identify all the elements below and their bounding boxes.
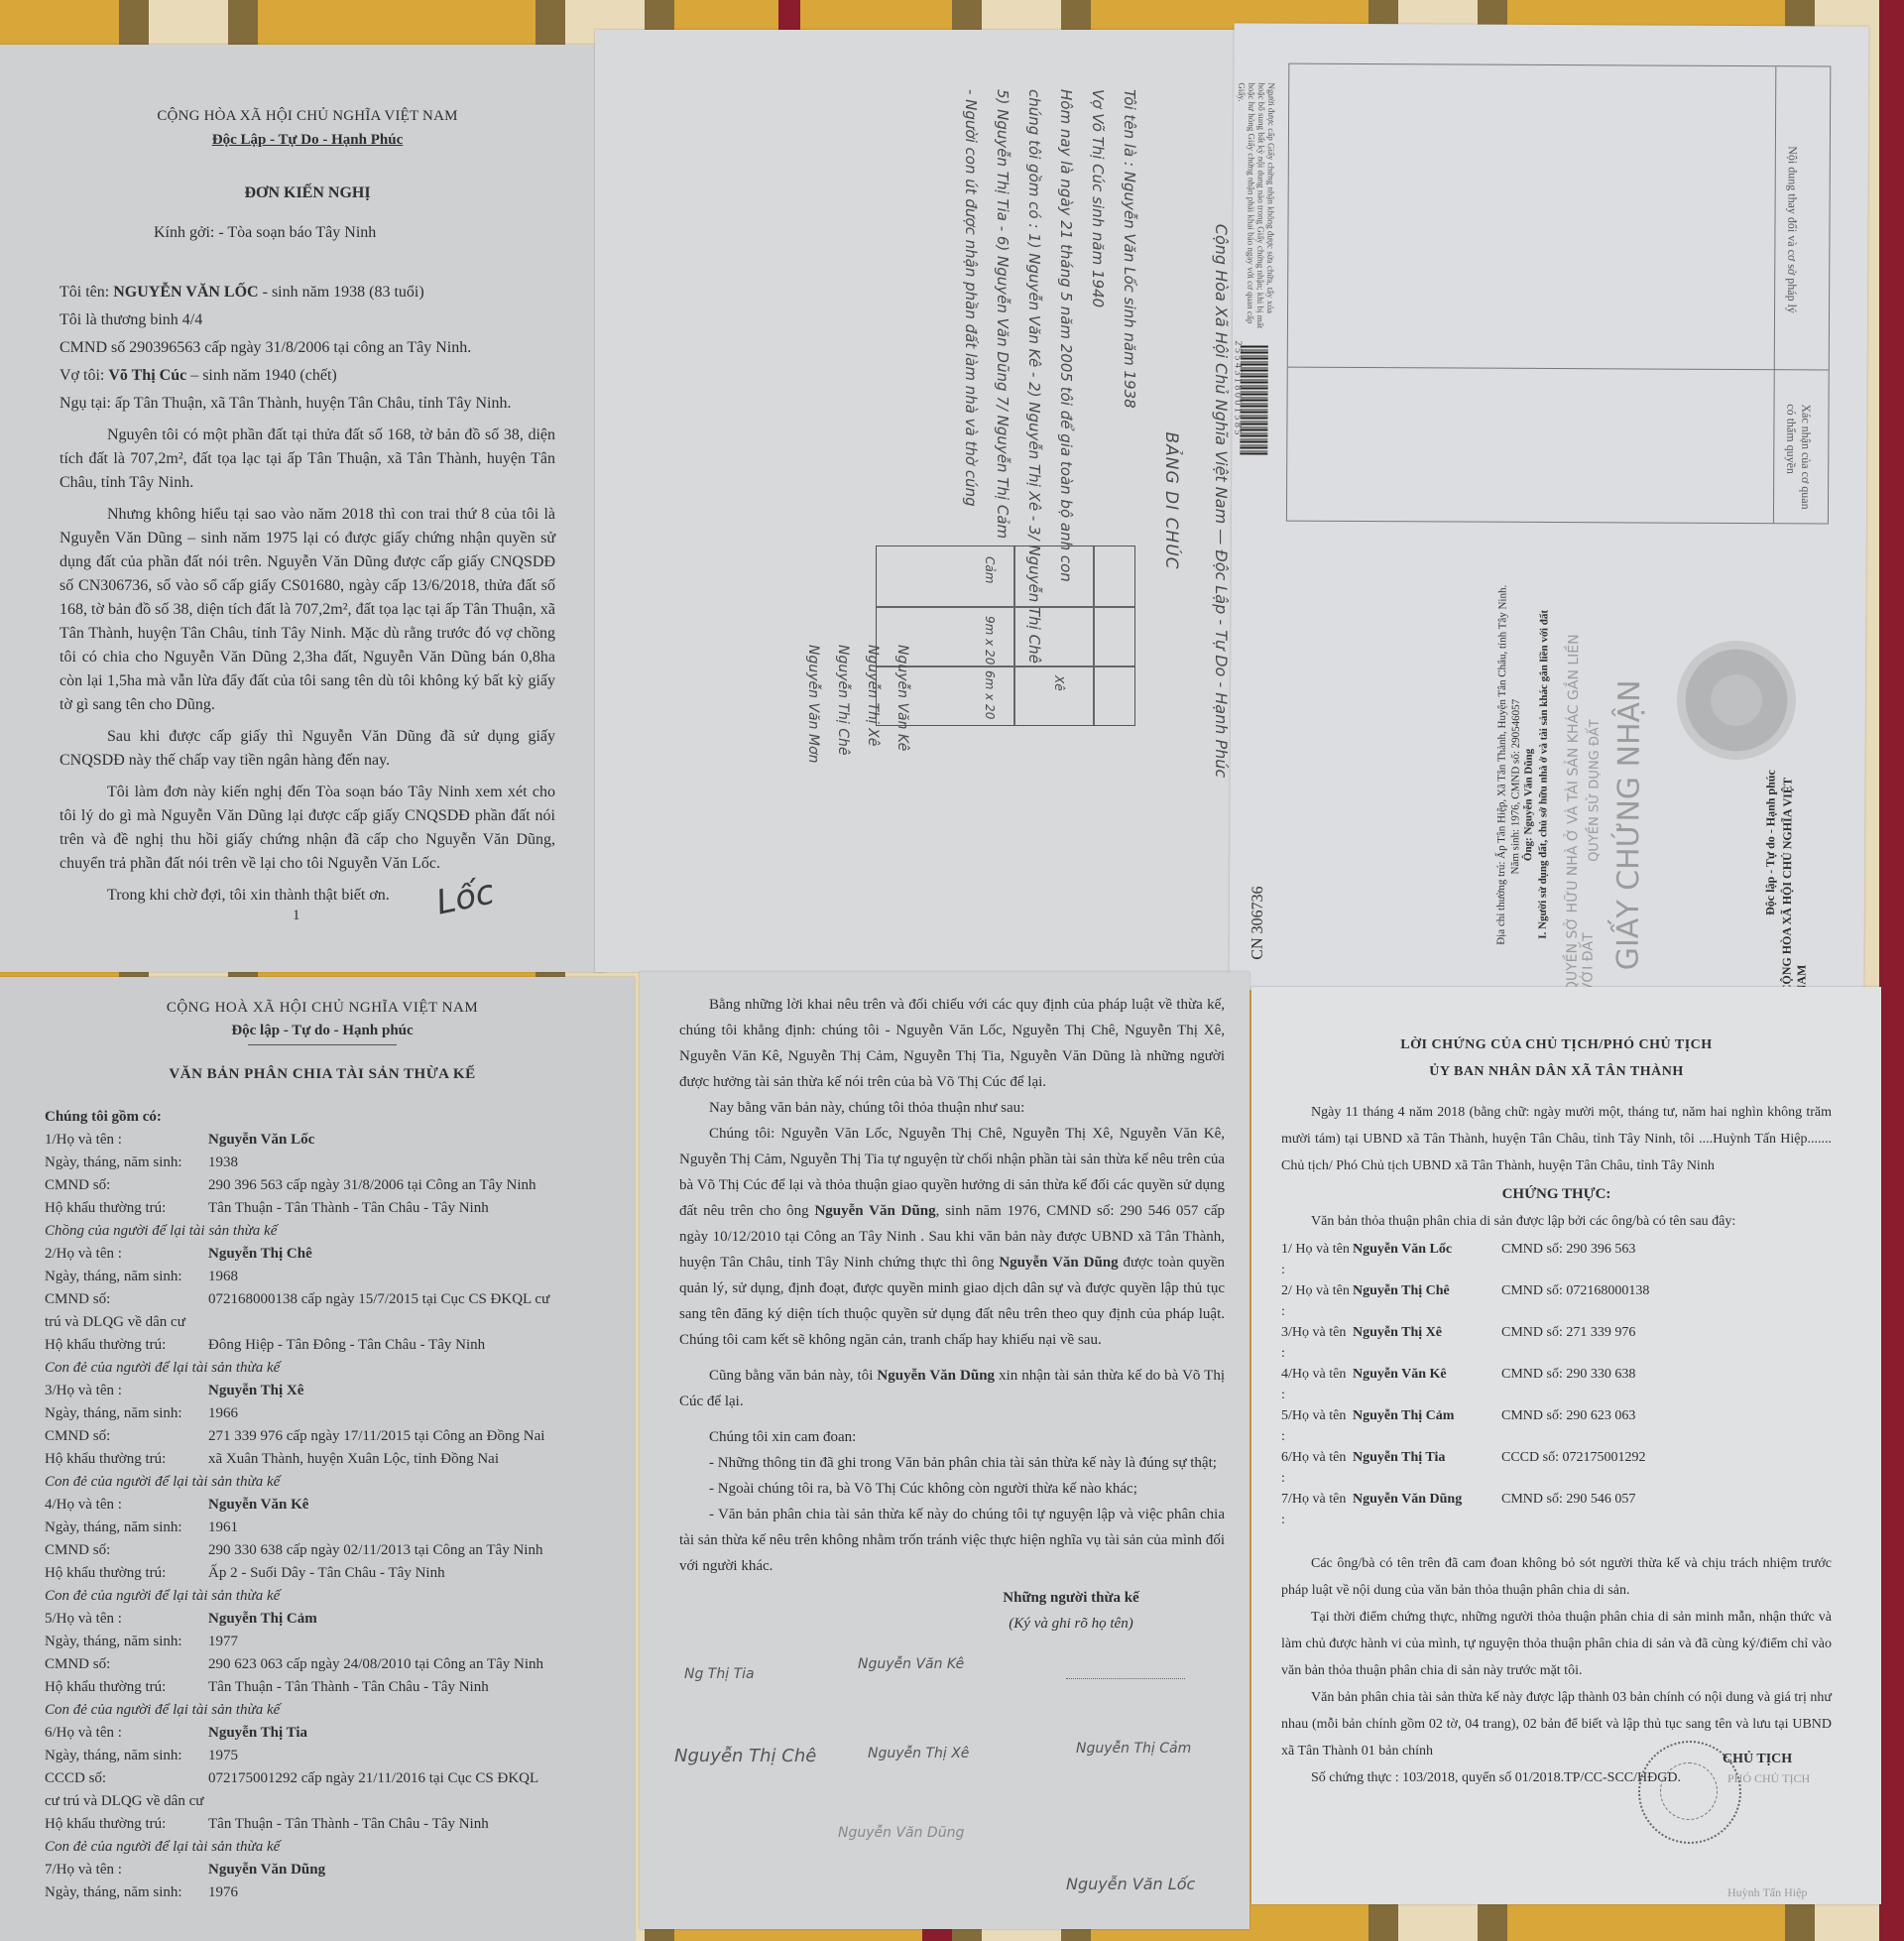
column-header: Xác nhận của cơ quan có thẩm quyền <box>1783 404 1814 523</box>
person-name-row: 6/Họ và tên :Nguyễn Thị Tia <box>45 1722 600 1745</box>
country-header: CỘNG HÒA XÃ HỘI CHỦ NGHĨA VIỆT NAM <box>59 104 555 128</box>
national-emblem-icon <box>1677 641 1797 761</box>
committee-title: ỦY BAN NHÂN DÂN XÃ TÂN THÀNH <box>1281 1058 1832 1085</box>
paragraph: Các ông/bà có tên trên đã cam đoan không… <box>1281 1550 1832 1604</box>
relation-note: Con đẻ của người để lại tài sản thừa kế <box>45 1836 600 1859</box>
field-row: Hộ khẩu thường trú:Ấp 2 - Suối Dây - Tân… <box>45 1562 600 1585</box>
handwritten-name: Nguyễn Văn Kê <box>858 1656 964 1672</box>
heirs-title: Những người thừa kế <box>917 1585 1225 1611</box>
person-name: Nguyễn Văn Dũng <box>208 1859 600 1881</box>
page-number: 1 <box>293 908 300 924</box>
handwritten-name: Nguyễn Văn Lốc <box>1066 1875 1195 1893</box>
id-line: CMND số 290396563 cấp ngày 31/8/2006 tại… <box>59 336 555 360</box>
cert-title: GIẤY CHỨNG NHẬN <box>1611 679 1648 970</box>
field-row: Hộ khẩu thường trú:Đông Hiệp - Tân Đông … <box>45 1334 600 1357</box>
certified-person-row: 7/Họ và tên :Nguyễn Văn DũngCMND số: 290… <box>1281 1489 1832 1530</box>
will-line: chúng tôi gồm có : 1) Nguyễn Văn Kê - 2)… <box>1018 89 1050 922</box>
residence-line: Ngụ tại: ấp Tân Thuận, xã Tân Thành, huy… <box>59 392 555 416</box>
field-row: Ngày, tháng, năm sinh:1975 <box>45 1745 600 1767</box>
relation-note: Con đẻ của người để lại tài sản thừa kế <box>45 1471 600 1494</box>
will-line: - Người con út được nhận phần đất làm nh… <box>955 89 987 922</box>
relation-note: Con đẻ của người để lại tài sản thừa kế <box>45 1585 600 1608</box>
field-row: Ngày, tháng, năm sinh:1961 <box>45 1516 600 1539</box>
field-row: CCCD số:072175001292 cấp ngày 21/11/2016… <box>45 1767 600 1790</box>
will-line: Tôi tên là : Nguyễn Văn Lốc sinh năm 193… <box>1114 89 1145 922</box>
handwritten-name: Nguyễn Thị Cảm <box>1076 1741 1191 1757</box>
paragraph: Chúng tôi: Nguyễn Văn Lốc, Nguyễn Thị Ch… <box>679 1121 1225 1353</box>
barcode-number: 2 5 5 4 3 1 8 0 0 1 5 8 5 <box>1232 340 1243 434</box>
person-name-row: 1/Họ và tên :Nguyễn Văn Lốc <box>45 1129 600 1152</box>
paragraph: Tại thời điểm chứng thực, những người th… <box>1281 1604 1832 1684</box>
field-row: CMND số:07216800013​8 cấp ngày 15/7/2015… <box>45 1288 600 1311</box>
field-row: CMND số:290 623 063 cấp ngày 24/08/2010 … <box>45 1653 600 1676</box>
cert-owner-detail: Năm sinh: 1976, CMND số: 290546057 <box>1509 699 1522 875</box>
heirs-subtitle: (Ký và ghi rõ họ tên) <box>917 1611 1225 1637</box>
paragraph: Tôi làm đơn này kiến nghị đến Tòa soạn b… <box>59 781 555 876</box>
addressee: Kính gởi: - Tòa soạn báo Tây Ninh <box>154 221 555 245</box>
paragraph: Bằng những lời khai nêu trên và đối chiế… <box>679 992 1225 1095</box>
person-name: Nguyễn Thị Cảm <box>208 1608 600 1631</box>
certified-person-row: 6/Họ và tên :Nguyễn Thị TiaCCCD số: 0721… <box>1281 1447 1832 1489</box>
bullet: - Văn bản phân chia tài sản thừa kế này … <box>679 1502 1225 1579</box>
field-row: Ngày, tháng, năm sinh:1976 <box>45 1881 600 1904</box>
cert-serial: CN 306736 <box>1249 886 1267 959</box>
relation-note: Con đẻ của người để lại tài sản thừa kế <box>45 1357 600 1380</box>
will-line: Vợ Võ Thị Cúc sinh năm 1940 <box>1082 89 1114 922</box>
bullet: - Ngoài chúng tôi ra, bà Võ Thị Cúc khôn… <box>679 1476 1225 1502</box>
motto-header: Độc lập - Tự do - Hạnh phúc <box>45 1020 600 1042</box>
cert-country: CỘNG HÒA XÃ HỘI CHỦ NGHĨA VIỆT NAM <box>1779 760 1810 993</box>
motto-header: Độc Lập - Tự Do - Hạnh Phúc <box>59 128 555 152</box>
person-name-row: 2/Họ và tên :Nguyễn Thị Chê <box>45 1243 600 1266</box>
person-name: Nguyễn Thị Xê <box>208 1380 600 1402</box>
person-name: Nguyễn Văn Lốc <box>208 1129 600 1152</box>
field-row: Hộ khẩu thường trú:Tân Thuận - Tân Thành… <box>45 1676 600 1699</box>
cert-heading: CHỨNG THỰC: <box>1281 1181 1832 1208</box>
field-row: Hộ khẩu thường trú:Tân Thuận - Tân Thành… <box>45 1813 600 1836</box>
person-name: Nguyễn Thị Tia <box>208 1722 600 1745</box>
signer-name: Huỳnh Tấn Hiệp <box>1727 1880 1807 1904</box>
paragraph: Nguyên tôi có một phần đất tại thửa đất … <box>59 424 555 495</box>
column-header: Nội dung thay đổi và cơ sở pháp lý <box>1784 146 1800 313</box>
certification-title: LỜI CHỨNG CỦA CHỦ TỊCH/PHÓ CHỦ TỊCH <box>1281 1031 1832 1058</box>
field-row: Ngày, tháng, năm sinh:1938 <box>45 1152 600 1174</box>
tablecloth-red-stripe <box>922 1929 952 1941</box>
petition-letter-page: CỘNG HÒA XÃ HỘI CHỦ NGHĨA VIỆT NAM Độc L… <box>0 45 605 972</box>
handwritten-will-page: Cộng Hòa Xã Hội Chủ Nghĩa Việt Nam — Độc… <box>595 30 1245 972</box>
field-row: Hộ khẩu thường trú:Tân Thuận - Tân Thành… <box>45 1197 600 1220</box>
handwritten-name: Nguyễn Thị Xê <box>868 1746 969 1761</box>
paragraph: Sau khi được cấp giấy thì Nguyễn Văn Dũn… <box>59 725 555 773</box>
intro-line: Chúng tôi gồm có: <box>45 1106 600 1129</box>
field-row: Ngày, tháng, năm sinh:1966 <box>45 1402 600 1425</box>
petitioner-line: Tôi tên: NGUYỄN VĂN LỐC - sinh năm 1938 … <box>59 281 555 304</box>
handwritten-name: Nguyễn Thị Chê <box>674 1746 816 1766</box>
person-name: Nguyễn Thị Chê <box>208 1243 600 1266</box>
certified-person-row: 1/ Họ và tên :Nguyễn Văn LốcCMND số: 290… <box>1281 1239 1832 1280</box>
cert-section: I. Người sử dụng đất, chủ sở hữu nhà ở v… <box>1537 610 1551 939</box>
changes-table: Nội dung thay đổi và cơ sở pháp lý Xác n… <box>1286 63 1831 525</box>
document-title: VĂN BẢN PHÂN CHIA TÀI SẢN THỪA KẾ <box>45 1063 600 1086</box>
relation-note: Chồng của người để lại tài sản thừa kế <box>45 1220 600 1243</box>
paragraph: Chúng tôi xin cam đoan: <box>679 1424 1225 1450</box>
person-name: Nguyễn Văn Kê <box>208 1494 600 1516</box>
cert-motto: Độc lập - Tự do - Hạnh phúc <box>1763 770 1779 915</box>
handwritten-name: Ng Thị Tia <box>684 1666 755 1682</box>
person-name-row: 3/Họ và tên :Nguyễn Thị Xê <box>45 1380 600 1402</box>
certified-person-row: 3/Họ và tên :Nguyễn Thị XêCMND số: 271 3… <box>1281 1322 1832 1364</box>
field-row: CMND số:290 396 563 cấp ngày 31/8/2006 t… <box>45 1174 600 1197</box>
warning-note: Người được cấp Giấy chứng nhận không đượ… <box>1238 82 1276 330</box>
certified-person-row: 5/Họ và tên :Nguyễn Thị CảmCMND số: 290 … <box>1281 1405 1832 1447</box>
bullet: - Những thông tin đã ghi trong Văn bản p… <box>679 1450 1225 1476</box>
relation-note: Con đẻ của người để lại tài sản thừa kế <box>45 1699 600 1722</box>
field-row: Ngày, tháng, năm sinh:1977 <box>45 1631 600 1653</box>
inheritance-agreement-page-2: Bằng những lời khai nêu trên và đối chiế… <box>640 972 1249 1929</box>
document-title: ĐƠN KIẾN NGHỊ <box>59 182 555 205</box>
paragraph: Nay bằng văn bản này, chúng tôi thỏa thu… <box>679 1095 1225 1121</box>
paragraph: Cũng bằng văn bản này, tôi Nguyễn Văn Dũ… <box>679 1363 1225 1414</box>
field-row: CMND số:290 330 638 cấp ngày 02/11/2013 … <box>45 1539 600 1562</box>
person-name-row: 5/Họ và tên :Nguyễn Thị Cảm <box>45 1608 600 1631</box>
will-line: Hôm nay là ngày 21 tháng 5 năm 2005 tôi … <box>1050 89 1082 922</box>
will-title: BẢNG DI CHÚC <box>1155 30 1187 972</box>
official-seal-icon <box>1638 1741 1741 1844</box>
cert-intro: Văn bản thỏa thuận phân chia di sản được… <box>1281 1208 1832 1235</box>
field-row: Ngày, tháng, năm sinh:1968 <box>45 1266 600 1288</box>
petitioner-name: NGUYỄN VĂN LỐC <box>113 284 258 301</box>
wife-line: Vợ tôi: Võ Thị Cúc – sinh năm 1940 (chết… <box>59 364 555 388</box>
certified-person-row: 2/ Họ và tên :Nguyễn Thị ChêCMND số: 072… <box>1281 1280 1832 1322</box>
will-line: 5) Nguyễn Thị Tia - 6) Nguyễn Văn Dũng 7… <box>987 89 1018 922</box>
cert-address: Địa chỉ thường trú: Ấp Tân Hiệp, Xã Tân … <box>1495 585 1509 945</box>
land-certificate-page: Nội dung thay đổi và cơ sở pháp lý Xác n… <box>1229 23 1868 993</box>
paragraph: Nhưng không hiểu tại sao vào năm 2018 th… <box>59 503 555 717</box>
field-row: CMND số:271 339 976 cấp ngày 17/11/2015 … <box>45 1425 600 1448</box>
tablecloth-red-stripe <box>1879 0 1904 1941</box>
handwritten-name: Nguyễn Văn Dũng <box>838 1825 964 1841</box>
veteran-line: Tôi là thương binh 4/4 <box>59 308 555 332</box>
will-signers: Nguyễn Văn Kê Nguyễn Thị Xê Nguyễn Thị C… <box>798 645 917 962</box>
paragraph: Ngày 11 tháng 4 năm 2018 (bằng chữ: ngày… <box>1281 1099 1832 1179</box>
person-name-row: 4/Họ và tên :Nguyễn Văn Kê <box>45 1494 600 1516</box>
certification-page: LỜI CHỨNG CỦA CHỦ TỊCH/PHÓ CHỦ TỊCH ỦY B… <box>1251 987 1881 1904</box>
inheritance-agreement-page-1: CỘNG HOÀ XÃ HỘI CHỦ NGHĨA VIỆT NAM Độc l… <box>0 977 635 1941</box>
field-row: Hộ khẩu thường trú:xã Xuân Thành, huyện … <box>45 1448 600 1471</box>
cert-subtitle: QUYỀN SỞ HỮU NHÀ Ở VÀ TÀI SẢN KHÁC GẮN L… <box>1564 610 1598 992</box>
country-header: CỘNG HOÀ XÃ HỘI CHỦ NGHĨA VIỆT NAM <box>45 997 600 1020</box>
person-name-row: 7/Họ và tên :Nguyễn Văn Dũng <box>45 1859 600 1881</box>
tablecloth-red-stripe <box>778 0 800 30</box>
cert-owner: Ông: Nguyễn Văn Dũng <box>1522 749 1535 861</box>
barcode <box>1240 345 1268 454</box>
certified-person-row: 4/Họ và tên :Nguyễn Văn KêCMND số: 290 3… <box>1281 1364 1832 1405</box>
